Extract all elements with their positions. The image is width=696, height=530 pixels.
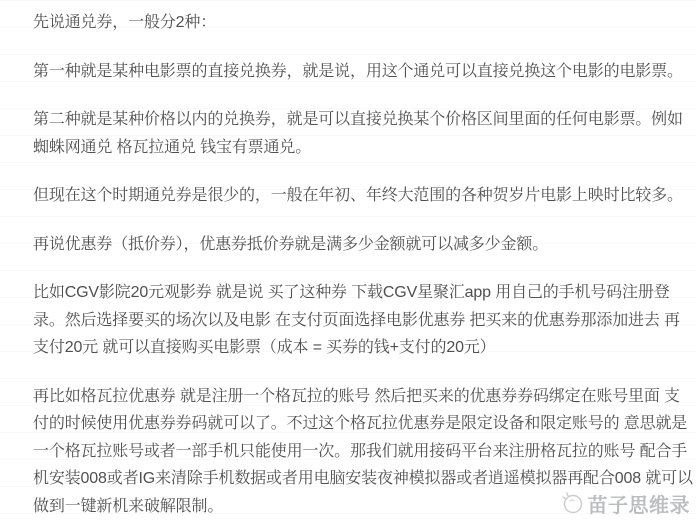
text-line: 再说优惠券（抵价券），优惠券抵价券就是满多少金额就可以减多少金额。 [33,231,686,259]
text-line: 比如CGV影院20元观影券 就是说 买了这种券 下载CGV星聚汇app 用自己的… [33,279,686,307]
text-line: 再比如格瓦拉优惠券 就是注册一个格瓦拉的账号 然后把买来的优惠券券码绑定在账号里… [33,383,686,411]
text-line: 录。然后选择要买的场次以及电影 在支付页面选择电影优惠券 把买来的优惠券那添加进… [33,307,686,335]
text-line: 先说通兑券，一般分2种： [33,9,686,37]
paragraph: 再说优惠券（抵价券），优惠券抵价券就是满多少金额就可以减多少金额。 [33,231,686,259]
text-line: 一个格瓦拉账号或者一部手机只能使用一次。那我们就用接码平台来注册格瓦拉的账号 配… [33,438,686,466]
paragraph: 第二种就是某种价格以内的兑换券，就是可以直接兑换某个价格区间里面的任何电影票。例… [33,106,686,161]
paragraph: 比如CGV影院20元观影券 就是说 买了这种券 下载CGV星聚汇app 用自己的… [33,279,686,362]
watermark-text: 苗子思维录 [588,489,691,518]
sprout-doodle-icon [559,490,585,516]
text-line: 第二种就是某种价格以内的兑换券，就是可以直接兑换某个价格区间里面的任何电影票。例… [33,106,686,134]
article-content: 先说通兑券，一般分2种： 第一种就是某种电影票的直接兑换券，就是说，用这个通兑可… [33,9,686,520]
text-line: 付的时候使用优惠券券码就可以了。不过这个格瓦拉优惠券是限定设备和限定账号的 意思… [33,410,686,438]
paragraph: 但现在这个时期通兑券是很少的，一般在年初、年终大范围的各种贺岁片电影上映时比较多… [33,182,686,210]
text-line: 蜘蛛网通兑 格瓦拉通兑 钱宝有票通兑。 [33,134,686,162]
text-line: 但现在这个时期通兑券是很少的，一般在年初、年终大范围的各种贺岁片电影上映时比较多… [33,182,686,210]
watermark: 苗子思维录 [559,487,691,519]
paragraph: 第一种就是某种电影票的直接兑换券，就是说，用这个通兑可以直接兑换这个电影的电影票… [33,58,686,86]
text-line: 第一种就是某种电影票的直接兑换券，就是说，用这个通兑可以直接兑换这个电影的电影票… [33,58,686,86]
text-line: 支付20元 就可以直接购买电影票（成本 = 买券的钱+支付的20元） [33,334,686,362]
paragraph: 先说通兑券，一般分2种： [33,9,686,37]
